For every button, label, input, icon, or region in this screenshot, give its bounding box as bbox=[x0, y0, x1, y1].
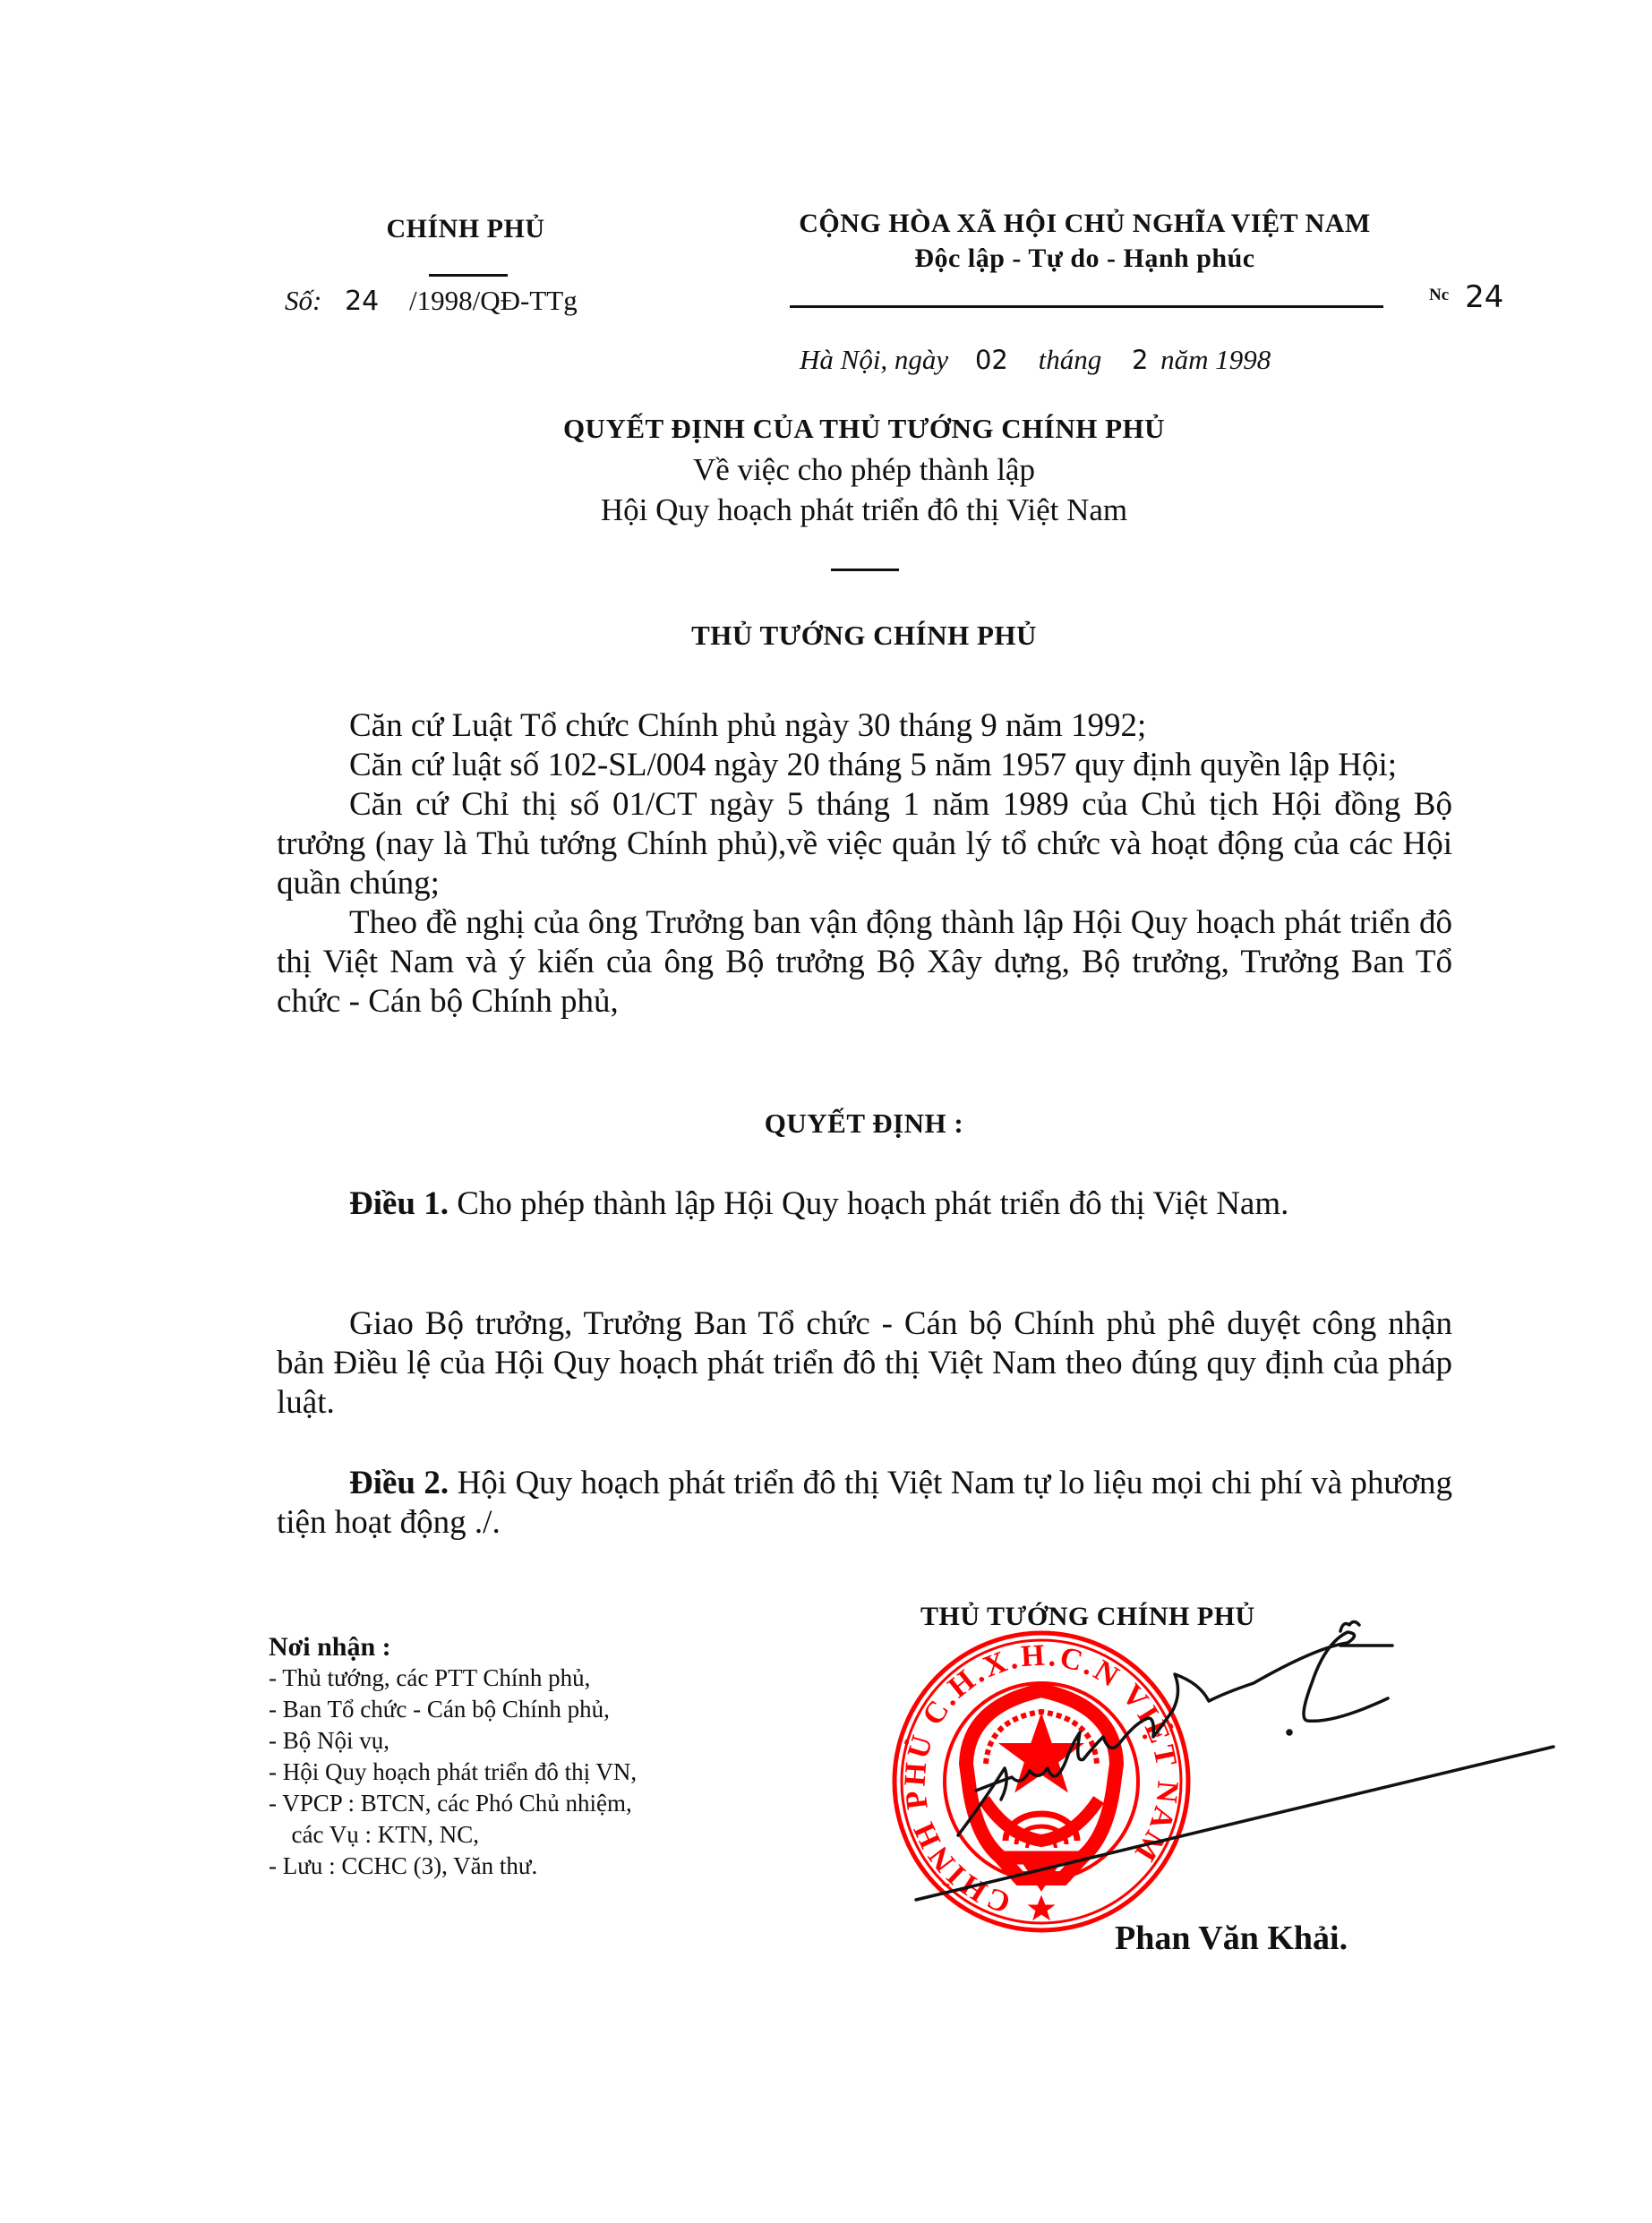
title-underline bbox=[831, 569, 899, 571]
decision-subtitle-1: Về việc cho phép thành lập bbox=[358, 452, 1370, 488]
recipient-item: - Lưu : CCHC (3), Văn thư. bbox=[269, 1851, 637, 1882]
serial-value: 24 bbox=[1465, 279, 1503, 315]
agency-underline bbox=[429, 274, 508, 277]
article-2-text: Điều 2. Hội Quy hoạch phát triển đô thị … bbox=[277, 1464, 1452, 1543]
number-suffix: /1998/QĐ-TTg bbox=[409, 285, 578, 316]
article-1-clause-text: Giao Bộ trưởng, Trưởng Ban Tổ chức - Cán… bbox=[277, 1304, 1452, 1423]
motto-underline bbox=[790, 305, 1383, 308]
recipient-item: - Thủ tướng, các PTT Chính phủ, bbox=[269, 1663, 637, 1694]
article-2: Điều 2. Hội Quy hoạch phát triển đô thị … bbox=[277, 1464, 1452, 1543]
recipients-list: Nơi nhận : - Thủ tướng, các PTT Chính ph… bbox=[269, 1631, 637, 1882]
decision-heading: QUYẾT ĐỊNH : bbox=[358, 1107, 1370, 1140]
country-name: CỘNG HÒA XÃ HỘI CHỦ NGHĨA VIỆT NAM bbox=[751, 209, 1418, 239]
preamble: Căn cứ Luật Tổ chức Chính phủ ngày 30 th… bbox=[277, 706, 1452, 1022]
article-1: Điều 1. Cho phép thành lập Hội Quy hoạch… bbox=[277, 1184, 1452, 1224]
official-seal-icon: CHÍNH PHỦ C.H.X.H.C.N VIỆT NAM bbox=[891, 1629, 1192, 1934]
issuer-heading: THỦ TƯỚNG CHÍNH PHỦ bbox=[358, 620, 1370, 652]
article-1-text: Điều 1. Cho phép thành lập Hội Quy hoạch… bbox=[277, 1184, 1452, 1224]
preamble-item: Căn cứ Chỉ thị số 01/CT ngày 5 tháng 1 n… bbox=[277, 785, 1452, 903]
recipient-item: - Hội Quy hoạch phát triển đô thị VN, bbox=[269, 1757, 637, 1788]
recipient-item: - Ban Tổ chức - Cán bộ Chính phủ, bbox=[269, 1694, 637, 1725]
decision-subtitle-2: Hội Quy hoạch phát triển đô thị Việt Nam bbox=[358, 492, 1370, 528]
date-month: 2 bbox=[1132, 345, 1148, 375]
recipients-title: Nơi nhận : bbox=[269, 1631, 637, 1663]
date-place: Hà Nội, ngày bbox=[800, 344, 948, 375]
date-day: 02 bbox=[975, 345, 1008, 375]
article-1-clause: Giao Bộ trưởng, Trưởng Ban Tổ chức - Cán… bbox=[277, 1304, 1452, 1423]
article-label: Điều 2. bbox=[349, 1465, 449, 1501]
number-label: Số: bbox=[285, 285, 321, 316]
signature-title: THỦ TƯỚNG CHÍNH PHỦ bbox=[920, 1602, 1255, 1632]
serial-number: Nc 24 bbox=[1429, 279, 1503, 315]
signatory-name: Phan Văn Khải. bbox=[1115, 1919, 1348, 1958]
article-body: Cho phép thành lập Hội Quy hoạch phát tr… bbox=[457, 1185, 1288, 1222]
document-number: Số: 24 /1998/QĐ-TTg bbox=[285, 285, 578, 317]
preamble-item: Căn cứ luật số 102-SL/004 ngày 20 tháng … bbox=[277, 746, 1452, 785]
serial-label: Nc bbox=[1429, 286, 1449, 304]
recipient-item: các Vụ : KTN, NC, bbox=[269, 1819, 637, 1851]
recipient-item: - VPCP : BTCN, các Phó Chủ nhiệm, bbox=[269, 1788, 637, 1819]
preamble-item: Theo đề nghị của ông Trưởng ban vận động… bbox=[277, 903, 1452, 1022]
decision-title: QUYẾT ĐỊNH CỦA THỦ TƯỚNG CHÍNH PHỦ bbox=[358, 413, 1370, 445]
national-motto: Độc lập - Tự do - Hạnh phúc bbox=[751, 244, 1418, 274]
preamble-item: Căn cứ Luật Tổ chức Chính phủ ngày 30 th… bbox=[277, 706, 1452, 746]
issue-date: Hà Nội, ngày 02 tháng 2 năm 1998 bbox=[800, 344, 1271, 376]
date-year: năm 1998 bbox=[1160, 344, 1271, 375]
date-month-label: tháng bbox=[1039, 344, 1102, 375]
number-value: 24 bbox=[345, 286, 379, 317]
recipient-item: - Bộ Nội vụ, bbox=[269, 1725, 637, 1757]
agency-name: CHÍNH PHỦ bbox=[372, 214, 560, 244]
article-body: Hội Quy hoạch phát triển đô thị Việt Nam… bbox=[277, 1465, 1452, 1541]
article-label: Điều 1. bbox=[349, 1185, 449, 1222]
